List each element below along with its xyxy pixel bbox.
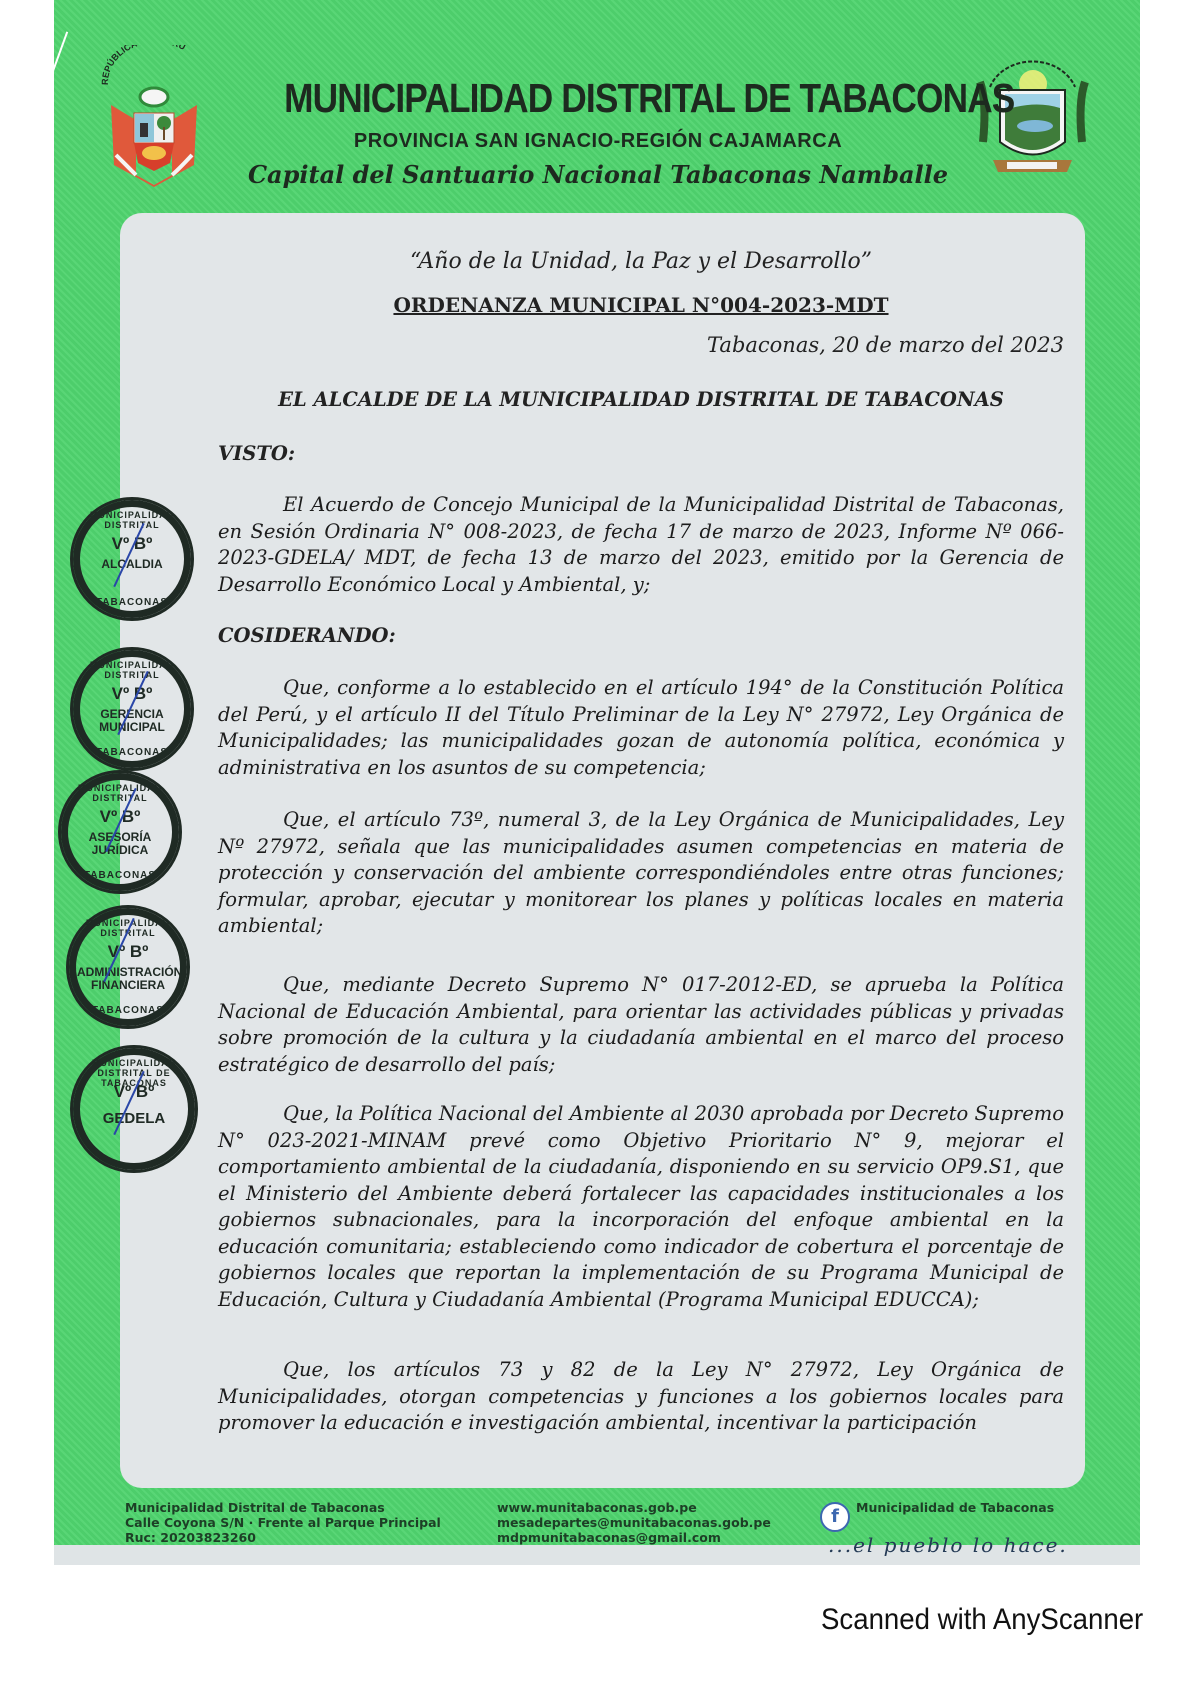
considerando-paragraph: Que, el artículo 73º, numeral 3, de la L…	[218, 807, 1064, 940]
footer-contacts: www.munitabaconas.gob.pe mesadepartes@mu…	[497, 1500, 771, 1545]
province-subtitle: PROVINCIA SAN IGNACIO-REGIÓN CAJAMARCA	[233, 130, 963, 153]
considerando-paragraph: Que, conforme a lo establecido en el art…	[218, 675, 1064, 781]
considerando-paragraph: Que, los artículos 73 y 82 de la Ley N° …	[218, 1357, 1064, 1437]
svg-text:REPÚBLICA DEL PERÚ: REPÚBLICA DEL PERÚ	[100, 45, 188, 85]
year-motto: “Año de la Unidad, la Paz y el Desarroll…	[218, 249, 1064, 274]
considerando-heading: COSIDERANDO:	[218, 624, 396, 647]
letterhead-motto: Capital del Santuario Nacional Tabaconas…	[233, 160, 963, 189]
website-link[interactable]: www.munitabaconas.gob.pe	[497, 1500, 771, 1515]
approval-stamp-gedela: MUNICIPALIDAD DISTRITAL DE TABACONAS Vº …	[70, 1045, 198, 1173]
municipality-title: MUNICIPALIDAD DISTRITAL DE TABACONAS	[284, 75, 912, 122]
approval-stamp-administracion-financiera: MUNICIPALIDAD DISTRITAL Vº Bº ADMINISTRA…	[66, 905, 190, 1029]
scanner-watermark: Scanned with AnyScanner	[821, 1603, 1143, 1637]
crest-label: REPÚBLICA DEL PERÚ	[100, 45, 188, 85]
approval-stamp-alcaldia: MUNICIPALIDAD DISTRITAL Vº Bº ALCALDIA T…	[70, 497, 194, 621]
considerando-paragraph: Que, mediante Decreto Supremo N° 017-201…	[218, 972, 1064, 1078]
ordinance-title: ORDENANZA MUNICIPAL N°004-2023-MDT	[218, 293, 1064, 317]
facebook-page-label[interactable]: Municipalidad de Tabaconas	[856, 1500, 1054, 1515]
date-line: Tabaconas, 20 de marzo del 2023	[218, 333, 1064, 357]
visto-heading: VISTO:	[218, 442, 295, 465]
email-link[interactable]: mdpmunitabaconas@gmail.com	[497, 1530, 771, 1545]
peru-coat-of-arms-icon: REPÚBLICA DEL PERÚ	[96, 45, 211, 190]
email-link[interactable]: mesadepartes@munitabaconas.gob.pe	[497, 1515, 771, 1530]
visto-paragraph: El Acuerdo de Concejo Municipal de la Mu…	[218, 492, 1064, 598]
facebook-icon[interactable]: f	[820, 1502, 850, 1532]
issuer-heading: EL ALCALDE DE LA MUNICIPALIDAD DISTRITAL…	[218, 388, 1064, 411]
footer-address: Municipalidad Distrital de Tabaconas Cal…	[125, 1500, 441, 1545]
considerando-paragraph: Que, la Política Nacional del Ambiente a…	[218, 1101, 1064, 1313]
approval-stamp-asesoria-juridica: MUNICIPALIDAD DISTRITAL Vº Bº ASESORÍA J…	[58, 770, 182, 894]
footer-social: f Municipalidad de Tabaconas	[820, 1500, 1054, 1532]
handwritten-slogan: ...el pueblo lo hace.	[828, 1533, 1068, 1557]
approval-stamp-gerencia: MUNICIPALIDAD DISTRITAL Vº Bº GERENCIA M…	[70, 647, 194, 771]
